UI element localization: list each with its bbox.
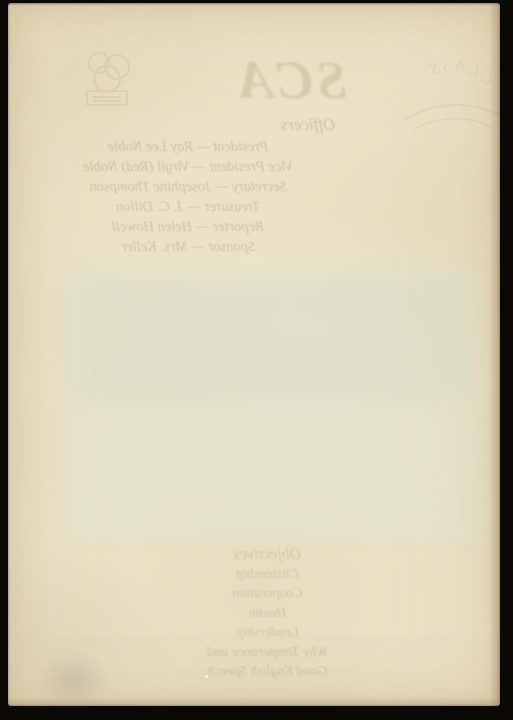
ghost-objective-line: Citizenship — [120, 565, 415, 585]
ghost-objectives-heading: Objectives — [120, 545, 415, 565]
page-edge-shadow-top — [8, 3, 500, 6]
ghost-club-initials: SCA — [180, 41, 400, 123]
arc-crest-label: CLASS — [424, 55, 497, 90]
page-edge-shadow-right — [489, 3, 500, 706]
ghost-officer-line: President — Ray Lee Noble — [33, 137, 343, 157]
ghost-objective-line: Health — [120, 604, 415, 624]
arc-crest-icon: CLASS — [392, 29, 500, 141]
scanned-page-frame: CLASS SCA Officers President — Ray Lee N… — [0, 0, 513, 720]
ghost-objective-line: Leadership — [120, 623, 415, 643]
blank-album-page: CLASS SCA Officers President — Ray Lee N… — [8, 3, 500, 706]
ghost-officer-line: Sponsor — Mrs. Keller — [33, 237, 343, 257]
crest-stamp-icon — [63, 39, 147, 123]
ghost-officers-list: President — Ray Lee Noble Vice President… — [33, 137, 343, 257]
ghost-officers-heading: Officers — [208, 114, 408, 136]
ghost-officer-line: Treasurer — J. C. Dillon — [33, 197, 343, 217]
ghost-officer-line: Reporter — Helen Howell — [33, 217, 343, 237]
photo-bleedthrough-shading — [78, 281, 462, 401]
ghost-officer-line: Vice President — Virgil (Red) Noble — [33, 157, 343, 177]
svg-text:CLASS: CLASS — [424, 55, 497, 90]
ghost-objective-line: Good English Speech — [120, 662, 415, 682]
ghost-objective-line: Why Temperance and — [120, 643, 415, 663]
ghost-officer-line: Secretary — Josephine Thompson — [33, 177, 343, 197]
ghost-objectives-list: Objectives Citizenship Cooperation Healt… — [120, 545, 415, 682]
ghost-objective-line: Cooperation — [120, 584, 415, 604]
page-edge-shadow-bottom — [8, 697, 500, 706]
paper-speck — [205, 675, 208, 678]
